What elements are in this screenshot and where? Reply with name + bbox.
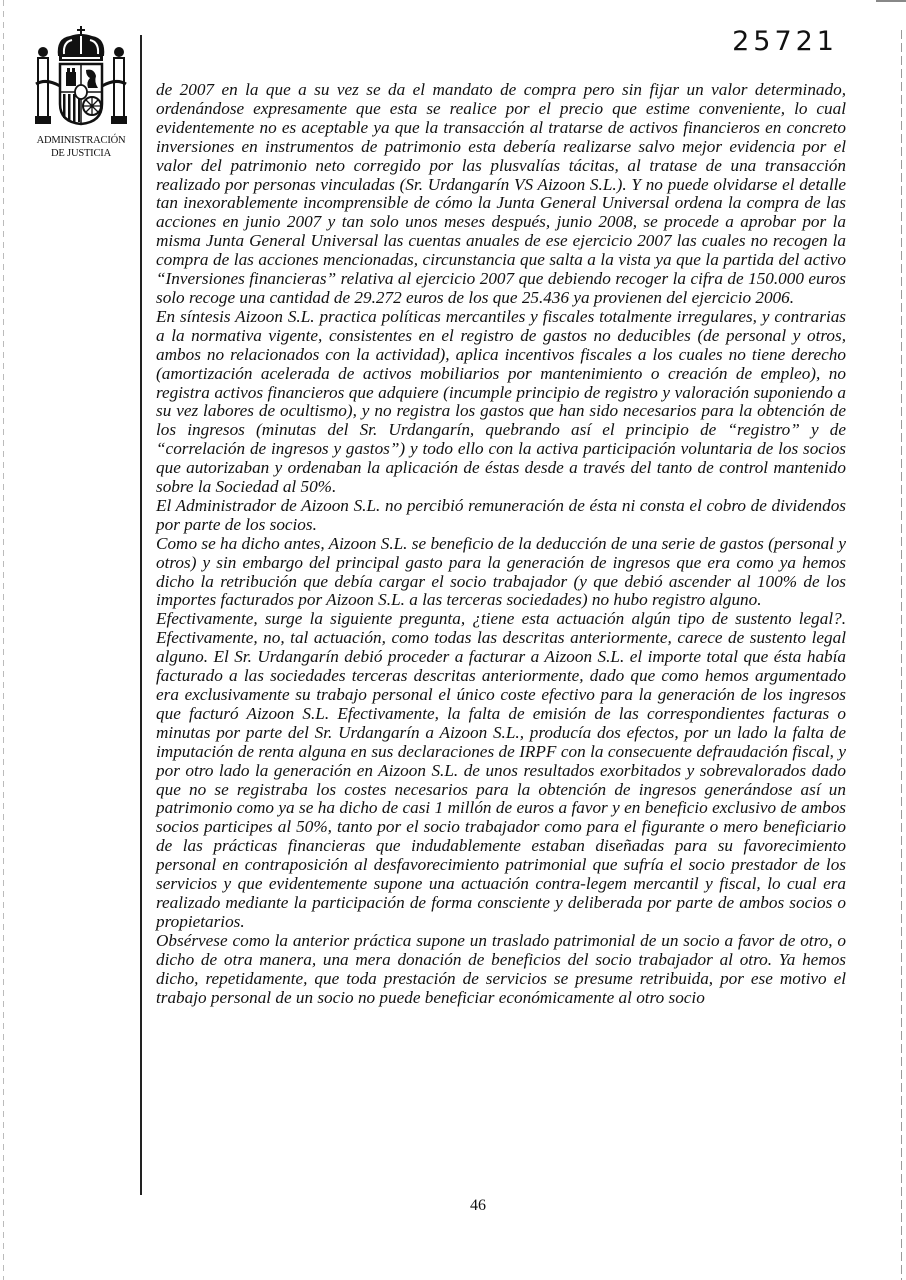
document-stamp-number: 25721 <box>732 26 838 57</box>
institution-name: ADMINISTRACIÓN DE JUSTICIA <box>22 134 140 160</box>
institution-name-line1: ADMINISTRACIÓN <box>22 134 140 147</box>
margin-rule <box>140 35 142 1195</box>
institution-name-line2: DE JUSTICIA <box>22 147 140 160</box>
paragraph: de 2007 en la que a su vez se da el mand… <box>156 81 846 308</box>
scan-edge-left <box>3 0 4 1280</box>
scan-edge-right <box>901 30 902 1280</box>
page-number: 46 <box>25 1197 906 1215</box>
institution-logo: ADMINISTRACIÓN DE JUSTICIA <box>22 24 140 160</box>
paragraph: Efectivamente, surge la siguiente pregun… <box>156 610 846 931</box>
paragraph: Como se ha dicho antes, Aizoon S.L. se b… <box>156 535 846 611</box>
scan-corner-mark <box>876 0 906 2</box>
document-body: de 2007 en la que a su vez se da el mand… <box>156 81 846 1007</box>
spain-coat-of-arms-icon <box>32 24 130 130</box>
paragraph: El Administrador de Aizoon S.L. no perci… <box>156 497 846 535</box>
paragraph: En síntesis Aizoon S.L. practica polític… <box>156 308 846 497</box>
paragraph: Obsérvese como la anterior práctica supo… <box>156 932 846 1008</box>
